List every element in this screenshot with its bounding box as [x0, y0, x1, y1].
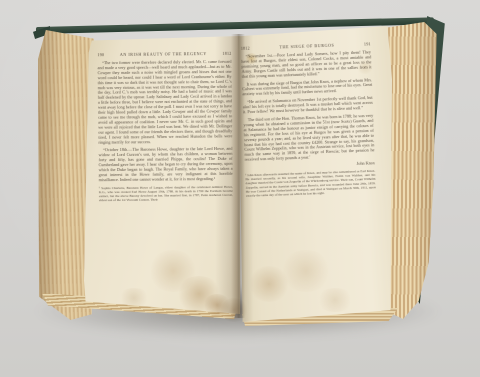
left-page-footnote: ¹ Sophia Charlotte, Baroness Howe of Lan…: [99, 185, 233, 203]
paragraph: It was during the siege of Burgos that J…: [242, 78, 372, 97]
right-page-text: 1812 THE SIEGE OF BURGOS 191 “November 1…: [241, 42, 382, 351]
left-running-head: 190 AN IRISH BEAUTY OF THE REGENCY 1812: [97, 51, 231, 57]
right-running-title: THE SIEGE OF BURGOS: [279, 43, 334, 49]
left-running-title: AN IRISH BEAUTY OF THE REGENCY: [120, 52, 207, 57]
left-page-number: 190: [97, 53, 104, 58]
right-page-footnote: ¹ John Knox afterwards assumed the name …: [245, 169, 376, 198]
paragraph: “He arrived at Salamanca on November 1st…: [243, 95, 373, 114]
paragraph: “The two former were therefore declared …: [98, 59, 233, 145]
right-page-paragraphs: “November 1st.—Poor Lord and Lady Somers…: [241, 50, 375, 163]
right-page-number: 191: [364, 42, 371, 47]
left-page-paragraphs: “The two former were therefore declared …: [98, 59, 233, 182]
right-page-text-inner: 1812 THE SIEGE OF BURGOS 191 “November 1…: [241, 42, 376, 199]
page-edges-fore-edge-right: [384, 22, 440, 322]
paragraph: “October 18th.—The Baroness Howe, daught…: [98, 147, 232, 183]
right-page-catchline: John Knox: [245, 161, 375, 170]
left-page-text-inner: 190 AN IRISH BEAUTY OF THE REGENCY 1812 …: [97, 51, 233, 203]
paragraph: The third son of the Hon. Thomas Knox, h…: [243, 113, 374, 162]
book-photo-scene: 190 AN IRISH BEAUTY OF THE REGENCY 1812 …: [0, 0, 480, 377]
left-page-text: 190 AN IRISH BEAUTY OF THE REGENCY 1812 …: [97, 51, 234, 353]
paragraph: “November 1st.—Poor Lord and Lady Somers…: [241, 50, 372, 79]
left-running-year: 1812: [222, 51, 231, 56]
right-running-year: 1812: [241, 46, 250, 51]
